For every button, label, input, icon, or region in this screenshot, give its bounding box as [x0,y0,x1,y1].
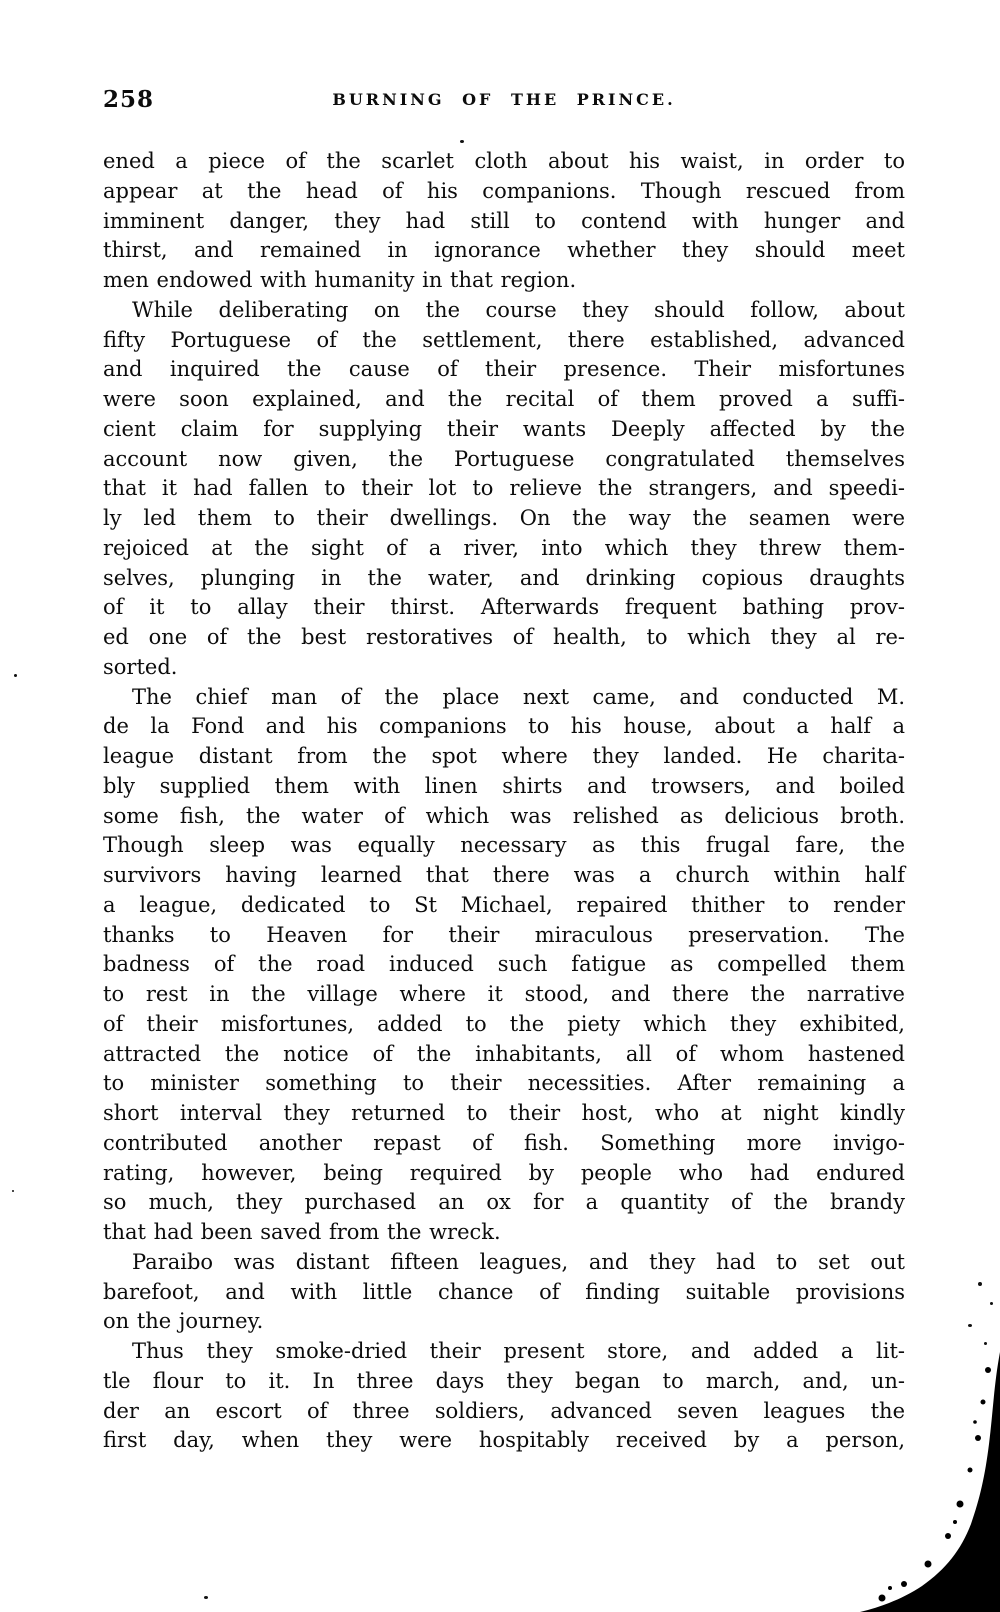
text-line: on the journey. [103,1307,905,1337]
text-line: and inquired the cause of their presence… [103,355,905,385]
text-line: barefoot, and with little chance of find… [103,1278,905,1308]
text-line: of it to allay their thirst. Afterwards … [103,593,905,623]
text-line: of their misfortunes, added to the piety… [103,1010,905,1040]
text-line: rating, however, being required by peopl… [103,1159,905,1189]
text-line: thirst, and remained in ignorance whethe… [103,236,905,266]
text-line: men endowed with humanity in that region… [103,266,905,296]
text-line: so much, they purchased an ox for a quan… [103,1188,905,1218]
text-line: ened a piece of the scarlet cloth about … [103,147,905,177]
text-line: appear at the head of his companions. Th… [103,177,905,207]
ink-speck [978,1282,982,1286]
text-line: selves, plunging in the water, and drink… [103,564,905,594]
text-line: that it had fallen to their lot to relie… [103,474,905,504]
text-line: that had been saved from the wreck. [103,1218,905,1248]
text-line: bly supplied them with linen shirts and … [103,772,905,802]
text-line: account now given, the Portuguese congra… [103,445,905,475]
text-line: de la Fond and his companions to his hou… [103,712,905,742]
book-page: 258 BURNING OF THE PRINCE. ened a piece … [0,0,1000,1612]
text-line: some fish, the water of which was relish… [103,802,905,832]
text-line: thanks to Heaven for their miraculous pr… [103,921,905,951]
scan-artifact-corner [860,1292,1000,1612]
ink-speck [460,140,464,143]
text-line: fifty Portuguese of the settlement, ther… [103,326,905,356]
text-line: imminent danger, they had still to conte… [103,207,905,237]
text-line: contributed another repast of fish. Some… [103,1129,905,1159]
paragraph: ened a piece of the scarlet cloth about … [103,147,905,296]
text-line: While deliberating on the course they sh… [103,296,905,326]
text-line: sorted. [103,653,905,683]
text-line: cient claim for supplying their wants De… [103,415,905,445]
ink-speck [14,674,17,677]
paragraph: Thus they smoke-dried their present stor… [103,1337,905,1456]
running-title: BURNING OF THE PRINCE. [103,90,905,109]
text-line: ly led them to their dwellings. On the w… [103,504,905,534]
text-line: Though sleep was equally necessary as th… [103,831,905,861]
text-line: Thus they smoke-dried their present stor… [103,1337,905,1367]
body-text: ened a piece of the scarlet cloth about … [103,147,905,1456]
text-line: rejoiced at the sight of a river, into w… [103,534,905,564]
text-line: to minister something to their necessiti… [103,1069,905,1099]
paragraph: The chief man of the place next came, an… [103,683,905,1248]
text-line: league distant from the spot where they … [103,742,905,772]
text-line: a league, dedicated to St Michael, repai… [103,891,905,921]
text-line: der an escort of three soldiers, advance… [103,1397,905,1427]
text-line: were soon explained, and the recital of … [103,385,905,415]
text-line: Paraibo was distant fifteen leagues, and… [103,1248,905,1278]
text-line: The chief man of the place next came, an… [103,683,905,713]
page-header: 258 BURNING OF THE PRINCE. [103,86,905,116]
paragraph: Paraibo was distant fifteen leagues, and… [103,1248,905,1337]
paragraph: While deliberating on the course they sh… [103,296,905,683]
text-line: first day, when they were hospitably rec… [103,1426,905,1456]
ink-speck [12,1190,14,1192]
text-line: to rest in the village where it stood, a… [103,980,905,1010]
text-line: survivors having learned that there was … [103,861,905,891]
text-line: badness of the road induced such fatigue… [103,950,905,980]
text-line: ed one of the best restoratives of healt… [103,623,905,653]
text-line: attracted the notice of the inhabitants,… [103,1040,905,1070]
ink-speck [204,1596,208,1599]
text-line: tle flour to it. In three days they bega… [103,1367,905,1397]
text-line: short interval they returned to their ho… [103,1099,905,1129]
